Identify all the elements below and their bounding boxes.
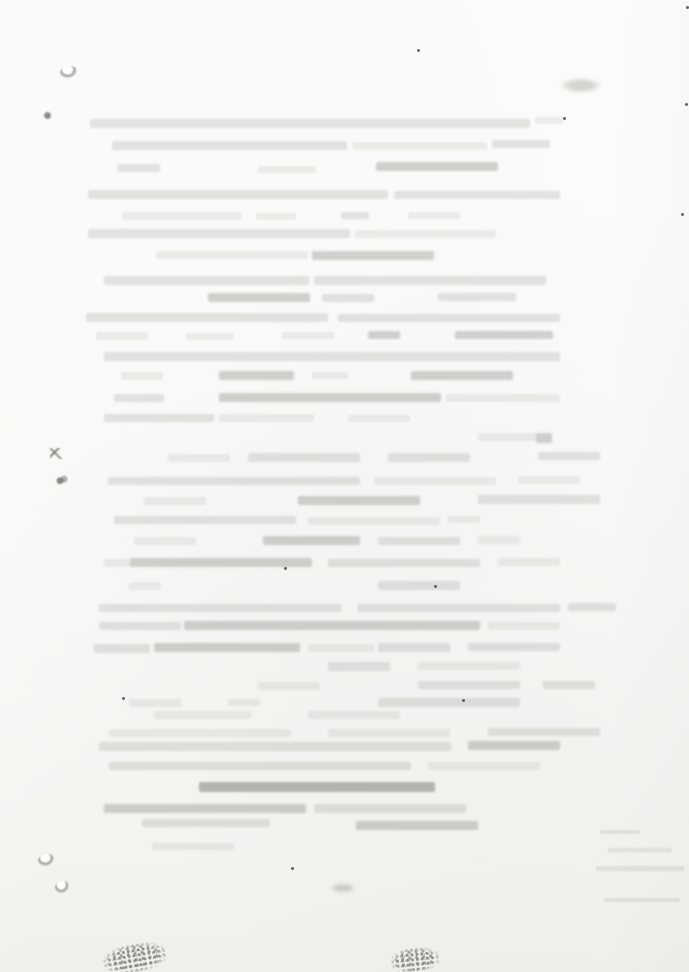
toner-smudge <box>390 946 440 972</box>
scanned-page <box>0 0 689 972</box>
toner-smudge <box>101 939 169 972</box>
toner-smudge-layer <box>0 0 689 972</box>
